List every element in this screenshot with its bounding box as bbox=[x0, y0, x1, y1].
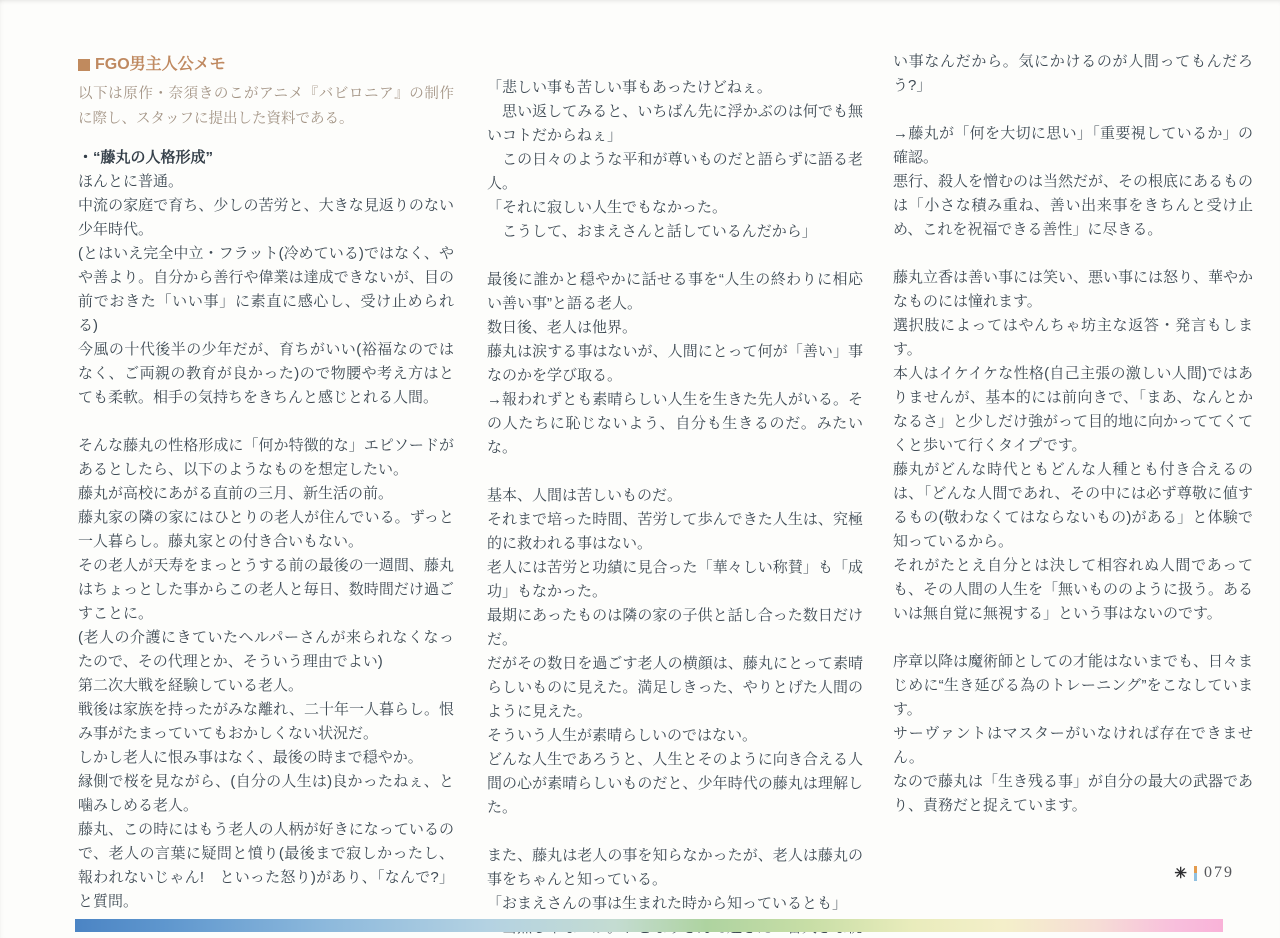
paragraph: 「それに寂しい人生でもなかった。 bbox=[487, 196, 863, 220]
text-column-2: 「悲しい事も苦しい事もあったけどねぇ。 思い返してみると、いちばん先に浮かぶのは… bbox=[487, 76, 863, 938]
paragraph-block: 「悲しい事も苦しい事もあったけどねぇ。 思い返してみると、いちばん先に浮かぶのは… bbox=[487, 76, 863, 244]
color-tick-icon bbox=[1194, 866, 1197, 881]
paragraph-block: ・“藤丸の人格形成”ほんとに普通。中流の家庭で育ち、少しの苦労と、大きな見返りの… bbox=[78, 146, 454, 410]
memo-title: FGO男主人公メモ bbox=[78, 52, 454, 78]
paragraph-block: →藤丸が「何を大切に思い」「重要視しているか」の確認。悪行、殺人を憎むのは当然だ… bbox=[893, 122, 1253, 242]
flower-asterisk-icon: ✳ bbox=[1174, 866, 1187, 881]
paragraph: 藤丸家の隣の家にはひとりの老人が住んでいる。ずっと一人暮らし。藤丸家との付き合い… bbox=[78, 506, 454, 554]
paragraph: 思い返してみると、いちばん先に浮かぶのは何でも無いコトだからねぇ」 bbox=[487, 100, 863, 148]
paragraph: (老人の介護にきていたヘルパーさんが来られなくなったので、その代理とか、そういう… bbox=[78, 626, 454, 674]
paragraph: なので藤丸は「生き残る事」が自分の最大の武器であり、責務だと捉えています。 bbox=[893, 770, 1253, 818]
paragraph: 藤丸立香は善い事には笑い、悪い事には怒り、華やかなものには憧れます。 bbox=[893, 266, 1253, 314]
paragraph: 藤丸がどんな時代ともどんな人種とも付き合えるのは、「どんな人間であれ、その中には… bbox=[893, 458, 1253, 554]
paragraph: ほんとに普通。 bbox=[78, 170, 454, 194]
paragraph: こうして、おまえさんと話しているんだから」 bbox=[487, 220, 863, 244]
scanned-book-page: FGO男主人公メモ 以下は原作・奈須きのこがアニメ『バビロニア』の制作に際し、ス… bbox=[0, 0, 1280, 938]
memo-title-text: FGO男主人公メモ bbox=[95, 52, 226, 78]
paragraph: 本人はイケイケな性格(自己主張の激しい人間)ではありませんが、基本的には前向きで… bbox=[893, 362, 1253, 458]
paragraph: それまで培った時間、苦労して歩んできた人生は、究極的に救われる事はない。 bbox=[487, 508, 863, 556]
paragraph: 最後に誰かと穏やかに話せる事を“人生の終わりに相応い善い事”と語る老人。 bbox=[487, 268, 863, 316]
paragraph: 中流の家庭で育ち、少しの苦労と、大きな見返りのない少年時代。 bbox=[78, 194, 454, 242]
paragraph: しかし老人に恨み事はなく、最後の時まで穏やか。 bbox=[78, 746, 454, 770]
paragraph: 最期にあったものは隣の家の子供と話し合った数日だけだ。 bbox=[487, 604, 863, 652]
paragraph: 縁側で桜を見ながら、(自分の人生は)良かったねぇ、と噛みしめる老人。 bbox=[78, 770, 454, 818]
paragraph: 序章以降は魔術師としての才能はないまでも、日々まじめに“生き延びる為のトレーニン… bbox=[893, 650, 1253, 722]
paragraph: 選択肢によってはやんちゃ坊主な返答・発言もします。 bbox=[893, 314, 1253, 362]
paragraph-block: そんな藤丸の性格形成に「何か特徴的な」エピソードがあるとしたら、以下のようなもの… bbox=[78, 434, 454, 914]
paragraph: 「おまえさんの事は生まれた時から知っているとも」 bbox=[487, 892, 863, 916]
paragraph: 藤丸が高校にあがる直前の三月、新生活の前。 bbox=[78, 482, 454, 506]
paragraph: 悪行、殺人を憎むのは当然だが、その根底にあるものは「小さな積み重ね、善い出来事を… bbox=[893, 170, 1253, 242]
paragraph: それがたとえ自分とは決して相容れぬ人間であっても、その人間の人生を「無いもののよ… bbox=[893, 554, 1253, 626]
paragraph: (とはいえ完全中立・フラット(冷めている)ではなく、やや善より。自分から善行や偉… bbox=[78, 242, 454, 338]
paragraph: また、藤丸は老人の事を知らなかったが、老人は藤丸の事をちゃんと知っている。 bbox=[487, 844, 863, 892]
paragraph: どんな人生であろうと、人生とそのように向き合える人間の心が素晴らしいものだと、少… bbox=[487, 748, 863, 820]
memo-header: FGO男主人公メモ 以下は原作・奈須きのこがアニメ『バビロニア』の制作に際し、ス… bbox=[78, 52, 454, 132]
paragraph: だがその数日を過ごす老人の横顔は、藤丸にとって素晴らしいものに見えた。満足しきっ… bbox=[487, 652, 863, 724]
paragraph: →報われずとも素晴らしい人生を生きた先人がいる。その人たちに恥じないよう、自分も… bbox=[487, 388, 863, 460]
paragraph: そういう人生が素晴らしいのではない。 bbox=[487, 724, 863, 748]
paragraph: 藤丸は涙する事はないが、人間にとって何が「善い」事なのかを学び取る。 bbox=[487, 340, 863, 388]
column-3-body: い事なんだから。気にかけるのが人間ってもんだろう?」→藤丸が「何を大切に思い」「… bbox=[893, 50, 1253, 818]
paragraph: 基本、人間は苦しいものだ。 bbox=[487, 484, 863, 508]
paragraph-block: い事なんだから。気にかけるのが人間ってもんだろう?」 bbox=[893, 50, 1253, 98]
tick-blue-half bbox=[1194, 873, 1197, 881]
text-column-3: い事なんだから。気にかけるのが人間ってもんだろう?」→藤丸が「何を大切に思い」「… bbox=[893, 50, 1253, 818]
text-column-1: FGO男主人公メモ 以下は原作・奈須きのこがアニメ『バビロニア』の制作に際し、ス… bbox=[78, 52, 454, 914]
paragraph-block: 序章以降は魔術師としての才能はないまでも、日々まじめに“生き延びる為のトレーニン… bbox=[893, 650, 1253, 818]
paragraph: 戦後は家族を持ったがみな離れ、二十年一人暮らし。恨み事がたまっていてもおかしくな… bbox=[78, 698, 454, 746]
paragraph-block: 基本、人間は苦しいものだ。それまで培った時間、苦労して歩んできた人生は、究極的に… bbox=[487, 484, 863, 820]
column-2-body: 「悲しい事も苦しい事もあったけどねぇ。 思い返してみると、いちばん先に浮かぶのは… bbox=[487, 76, 863, 938]
rainbow-gradient-bar bbox=[75, 919, 1223, 932]
paragraph: 今風の十代後半の少年だが、育ちがいい(裕福なのではなく、ご両親の教育が良かった)… bbox=[78, 338, 454, 410]
paragraph: →藤丸が「何を大切に思い」「重要視しているか」の確認。 bbox=[893, 122, 1253, 170]
paragraph: い事なんだから。気にかけるのが人間ってもんだろう?」 bbox=[893, 50, 1253, 98]
paragraph: サーヴァントはマスターがいなければ存在できません。 bbox=[893, 722, 1253, 770]
page-number: 079 bbox=[1204, 864, 1234, 882]
paragraph: 老人には苦労と功績に見合った「華々しい称賛」も「成功」もなかった。 bbox=[487, 556, 863, 604]
section-heading: ・“藤丸の人格形成” bbox=[78, 146, 454, 170]
paragraph: 「悲しい事も苦しい事もあったけどねぇ。 bbox=[487, 76, 863, 100]
paragraph: 第二次大戦を経験している老人。 bbox=[78, 674, 454, 698]
memo-subtitle: 以下は原作・奈須きのこがアニメ『バビロニア』の制作に際し、スタッフに提出した資料… bbox=[78, 82, 454, 132]
paragraph-block: 最後に誰かと穏やかに話せる事を“人生の終わりに相応い善い事”と語る老人。数日後、… bbox=[487, 268, 863, 460]
paragraph: 藤丸、この時にはもう老人の人柄が好きになっているので、老人の言葉に疑問と憤り(最… bbox=[78, 818, 454, 914]
paragraph: その老人が天寿をまっとうする前の最後の一週間、藤丸はちょっとした事からこの老人と… bbox=[78, 554, 454, 626]
paragraph: 数日後、老人は他界。 bbox=[487, 316, 863, 340]
page-footer: ✳ 079 bbox=[1174, 864, 1234, 882]
paragraph-block: 藤丸立香は善い事には笑い、悪い事には怒り、華やかなものには憧れます。選択肢によっ… bbox=[893, 266, 1253, 626]
column-1-body: ・“藤丸の人格形成”ほんとに普通。中流の家庭で育ち、少しの苦労と、大きな見返りの… bbox=[78, 146, 454, 914]
paragraph: この日々のような平和が尊いものだと語らずに語る老人。 bbox=[487, 148, 863, 196]
tick-orange-half bbox=[1194, 866, 1197, 874]
paragraph: そんな藤丸の性格形成に「何か特徴的な」エピソードがあるとしたら、以下のようなもの… bbox=[78, 434, 454, 482]
square-bullet-icon bbox=[78, 59, 90, 71]
